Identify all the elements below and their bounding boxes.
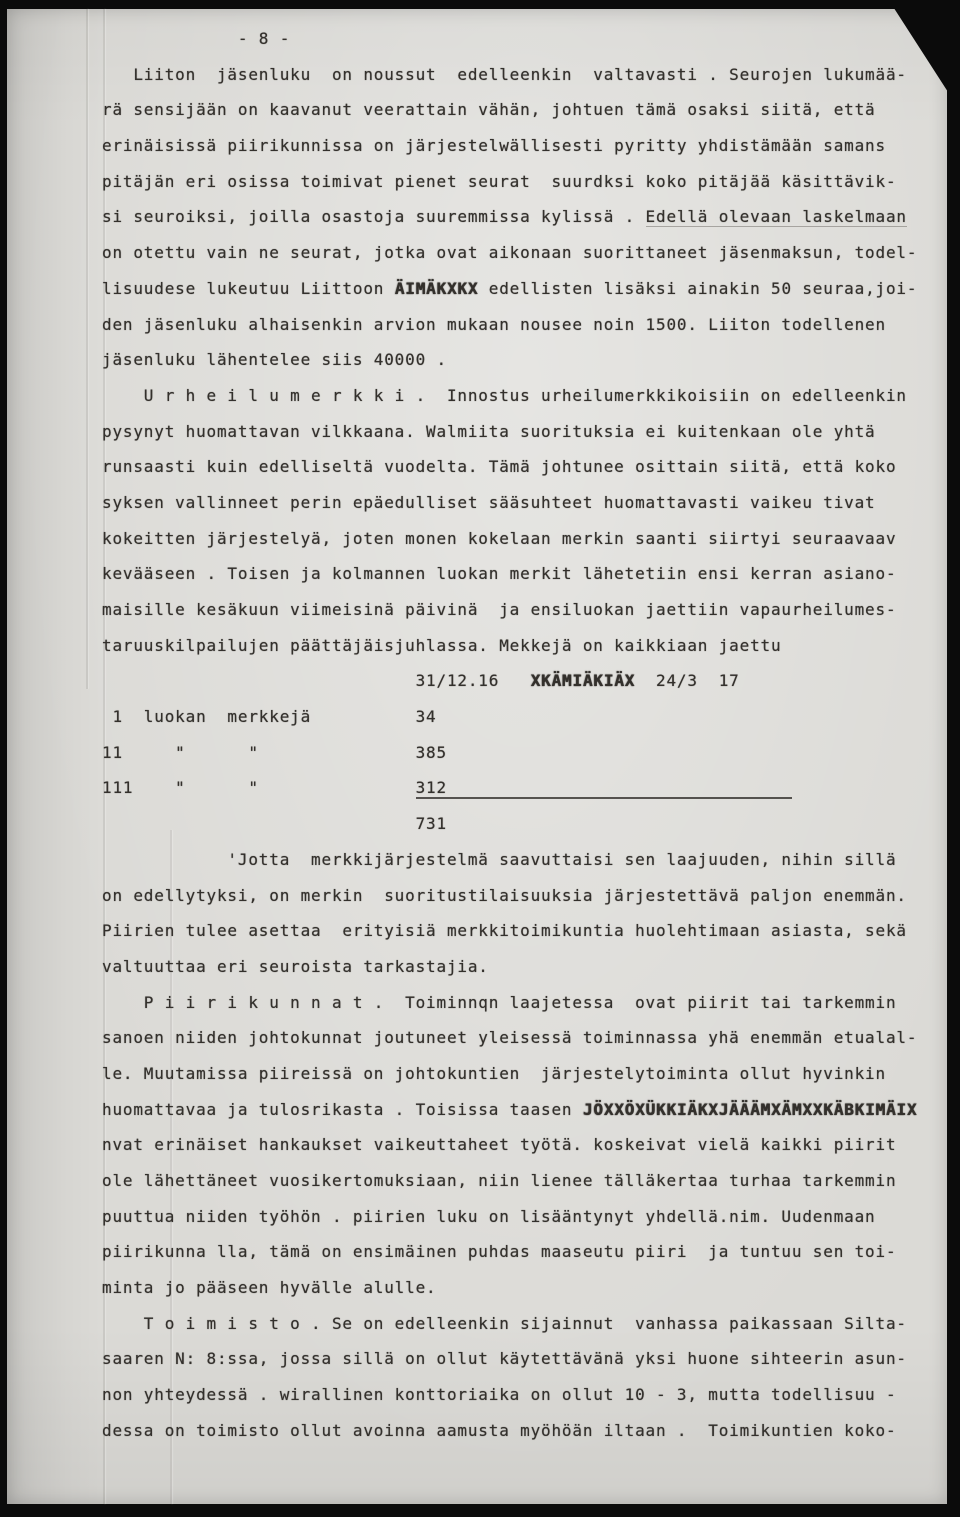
typewritten-segment: piirikunna lla, tämä on ensimäinen puhda… xyxy=(102,1242,896,1261)
table-row: 11 " " 385 xyxy=(102,735,948,771)
typewritten-segment: runsaasti kuin edelliseltä vuodelta. Täm… xyxy=(102,457,896,476)
typewritten-line: non yhteydessä . wirallinen konttoriaika… xyxy=(102,1377,948,1413)
typewritten-segment: ole lähettäneet vuosikertomuksiaan, niin… xyxy=(102,1171,896,1190)
typewritten-line: rä sensijään on kaavanut veerattain vähä… xyxy=(102,92,948,128)
paper-fold-line xyxy=(86,9,88,689)
typewritten-line: pitäjän eri osissa toimivat pienet seura… xyxy=(102,164,948,200)
typewritten-segment: dessa on toimisto ollut avoinna aamusta … xyxy=(102,1421,896,1440)
typewritten-text-block: - 8 - Liiton jäsenluku on noussut edelle… xyxy=(102,21,948,1449)
typewritten-segment: on edellytyksi, on merkin suoritustilais… xyxy=(102,886,907,905)
typewritten-line: pysynyt huomattavan vilkkaana. Walmiita … xyxy=(102,414,948,450)
typewritten-segment: 31/12.16 xyxy=(102,671,531,690)
table-row: 1 luokan merkkejä 34 xyxy=(102,699,948,735)
typewritten-segment: kevääseen . Toisen ja kolmannen luokan m… xyxy=(102,564,896,583)
typewritten-segment: 11 " " 385 xyxy=(102,743,447,762)
typewritten-segment: rä sensijään on kaavanut veerattain vähä… xyxy=(102,100,876,119)
typewritten-line: on otettu vain ne seurat, jotka ovat aik… xyxy=(102,235,948,271)
table-sum-row: 731 xyxy=(102,806,948,842)
typewritten-segment-ufaint: Edellä olevaan laskelmaan xyxy=(646,207,907,227)
typewritten-segment: huomattavaa ja tulosrikasta . Toisissa t… xyxy=(102,1100,583,1119)
typewritten-segment: P i i r i k u n n a t . Toiminnqn laajet… xyxy=(102,993,896,1012)
typewritten-line: le. Muutamissa piireissä on johtokuntien… xyxy=(102,1056,948,1092)
typewritten-segment: pysynyt huomattavan vilkkaana. Walmiita … xyxy=(102,422,876,441)
typewritten-segment-xover: JÖXXÖXÜKKIÄKXJÄÄÄMXÄMXXKÄBKIMÄIX xyxy=(583,1100,918,1119)
typewritten-segment: edellisten lisäksi ainakin 50 seuraa,joi… xyxy=(478,279,917,298)
typewritten-segment: kokeitten järjestelyä, joten monen kokel… xyxy=(102,529,896,548)
scanned-document-screenshot: { "page": { "background_color": "#0b0b0b… xyxy=(0,0,960,1517)
typewritten-line: runsaasti kuin edelliseltä vuodelta. Täm… xyxy=(102,449,948,485)
typewritten-segment: 111 " " xyxy=(102,778,416,797)
typewritten-line: den jäsenluku alhaisenkin arvion mukaan … xyxy=(102,307,948,343)
typewritten-line: ole lähettäneet vuosikertomuksiaan, niin… xyxy=(102,1163,948,1199)
typewritten-segment: sanoen niiden johtokunnat joutuneet ylei… xyxy=(102,1028,917,1047)
typewritten-segment: erinäisissä piirikunnissa on järjestelwä… xyxy=(102,136,886,155)
typewritten-line: nvat erinäiset hankaukset vaikeuttaheet … xyxy=(102,1127,948,1163)
typewritten-segment: jäsenluku lähentelee siis 40000 . xyxy=(102,350,447,369)
typewritten-segment: - 8 - xyxy=(102,29,290,48)
typewritten-segment: U r h e i l u m e r k k i . Innostus urh… xyxy=(102,386,907,405)
typewritten-line: 'Jotta merkkijärjestelmä saavuttaisi sen… xyxy=(102,842,948,878)
typewritten-segment: le. Muutamissa piireissä on johtokuntien… xyxy=(102,1064,886,1083)
typewritten-segment: minta jo pääseen hyvälle alulle. xyxy=(102,1278,437,1297)
typewritten-segment: T o i m i s t o . Se on edelleenkin sija… xyxy=(102,1314,907,1333)
typewritten-segment-xover: XKÄMIÄKIÄX xyxy=(531,671,636,690)
typewritten-line: lisuudese lukeutuu Liittoon ÄIMÄKXKX ede… xyxy=(102,271,948,307)
typewritten-line: syksen vallinneet perin epäedulliset sää… xyxy=(102,485,948,521)
typewritten-segment: Piirien tulee asettaa erityisiä merkkito… xyxy=(102,921,907,940)
typewritten-segment: taruuskilpailujen päättäjäisjuhlassa. Me… xyxy=(102,636,781,655)
typewritten-segment-sumline: 312 xyxy=(416,778,792,799)
typewritten-line: valtuuttaa eri seuroista tarkastajia. xyxy=(102,949,948,985)
typewritten-segment: syksen vallinneet perin epäedulliset sää… xyxy=(102,493,876,512)
typewritten-segment: on otettu vain ne seurat, jotka ovat aik… xyxy=(102,243,917,262)
page-number: - 8 - xyxy=(102,21,948,57)
typewritten-line: saaren N: 8:ssa, jossa sillä on ollut kä… xyxy=(102,1341,948,1377)
typewritten-line: taruuskilpailujen päättäjäisjuhlassa. Me… xyxy=(102,628,948,664)
typewritten-line: sanoen niiden johtokunnat joutuneet ylei… xyxy=(102,1020,948,1056)
date-header-row: 31/12.16 XKÄMIÄKIÄX 24/3 17 xyxy=(102,663,948,699)
typewritten-segment: 1 luokan merkkejä 34 xyxy=(102,707,437,726)
typewritten-segment: non yhteydessä . wirallinen konttoriaika… xyxy=(102,1385,896,1404)
typewritten-line: kokeitten järjestelyä, joten monen kokel… xyxy=(102,521,948,557)
typewritten-line: si seuroiksi, joilla osastoja suuremmiss… xyxy=(102,199,948,235)
section-heading-toimisto: T o i m i s t o . Se on edelleenkin sija… xyxy=(102,1306,948,1342)
typewritten-segment: saaren N: 8:ssa, jossa sillä on ollut kä… xyxy=(102,1349,907,1368)
typewritten-segment: pitäjän eri osissa toimivat pienet seura… xyxy=(102,172,896,191)
typewritten-line: Piirien tulee asettaa erityisiä merkkito… xyxy=(102,913,948,949)
section-heading-urheilumerkki: U r h e i l u m e r k k i . Innostus urh… xyxy=(102,378,948,414)
typewritten-segment: 24/3 17 xyxy=(635,671,740,690)
typewritten-segment: 'Jotta merkkijärjestelmä saavuttaisi sen… xyxy=(102,850,896,869)
typewritten-segment: nvat erinäiset hankaukset vaikeuttaheet … xyxy=(102,1135,896,1154)
typewritten-line: piirikunna lla, tämä on ensimäinen puhda… xyxy=(102,1234,948,1270)
typewritten-segment: Liiton jäsenluku on noussut edelleenkin … xyxy=(102,65,907,84)
typewritten-segment: valtuuttaa eri seuroista tarkastajia. xyxy=(102,957,489,976)
typewritten-line: minta jo pääseen hyvälle alulle. xyxy=(102,1270,948,1306)
typewritten-segment-xover: ÄIMÄKXKX xyxy=(395,279,479,298)
typewritten-line: erinäisissä piirikunnissa on järjestelwä… xyxy=(102,128,948,164)
typewritten-line: huomattavaa ja tulosrikasta . Toisissa t… xyxy=(102,1092,948,1128)
typewritten-segment: maisille kesäkuun viimeisinä päivinä ja … xyxy=(102,600,896,619)
typewritten-segment: 731 xyxy=(102,814,447,833)
section-heading-piirikunnat: P i i r i k u n n a t . Toiminnqn laajet… xyxy=(102,985,948,1021)
typewritten-line: puuttua niiden työhön . piirien luku on … xyxy=(102,1199,948,1235)
typewritten-segment: lisuudese lukeutuu Liittoon xyxy=(102,279,395,298)
typewritten-line: maisille kesäkuun viimeisinä päivinä ja … xyxy=(102,592,948,628)
typewritten-segment: den jäsenluku alhaisenkin arvion mukaan … xyxy=(102,315,886,334)
typewritten-line: jäsenluku lähentelee siis 40000 . xyxy=(102,342,948,378)
typewritten-line: dessa on toimisto ollut avoinna aamusta … xyxy=(102,1413,948,1449)
typewritten-segment: si seuroiksi, joilla osastoja suuremmiss… xyxy=(102,207,646,226)
typewritten-line: Liiton jäsenluku on noussut edelleenkin … xyxy=(102,57,948,93)
table-row: 111 " " 312 xyxy=(102,770,948,806)
typewritten-line: kevääseen . Toisen ja kolmannen luokan m… xyxy=(102,556,948,592)
typewritten-segment: puuttua niiden työhön . piirien luku on … xyxy=(102,1207,876,1226)
typewritten-line: on edellytyksi, on merkin suoritustilais… xyxy=(102,878,948,914)
